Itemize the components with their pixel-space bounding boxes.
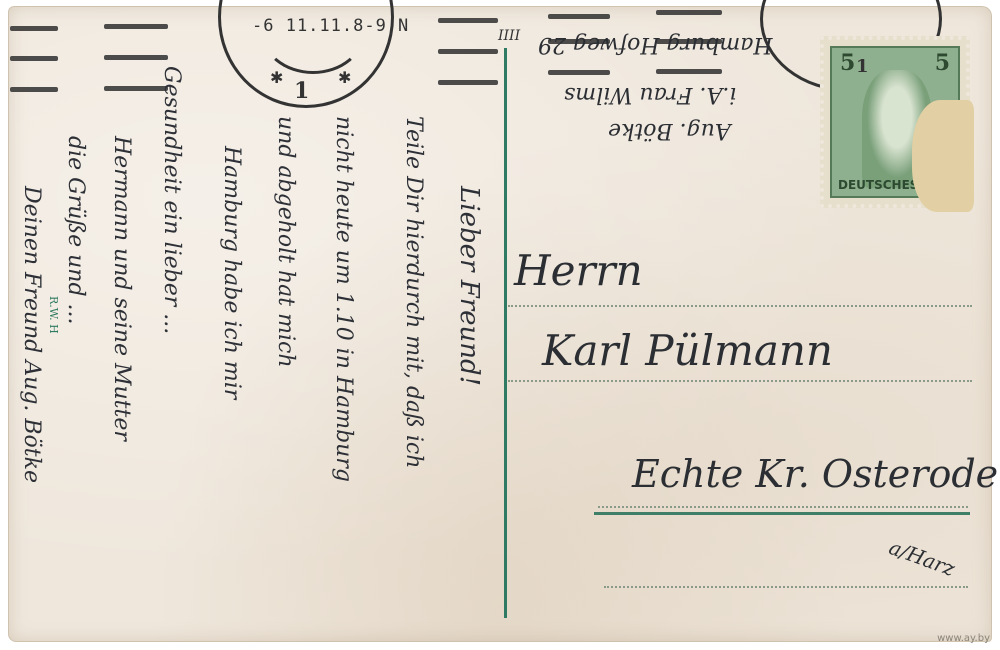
message-line: Gesundheit ein lieber ... (159, 66, 184, 334)
address-line (508, 380, 972, 382)
address-town: Echte Kr. Osterode (632, 452, 998, 496)
sender-note-line: Hamburg Hofweg 29 (538, 32, 773, 57)
message-line: Hamburg habe ich mir (219, 146, 244, 399)
stamp-torn-area (912, 100, 974, 212)
small-stamp-mark: R.W. H (47, 296, 60, 334)
message-line: Hermann und seine Mutter (109, 136, 134, 441)
cancel-bar (10, 87, 58, 92)
cancel-bar (104, 55, 168, 60)
stamp-denomination: 5 (840, 50, 855, 76)
postage-stamp: 5 5 DEUTSCHES (820, 36, 970, 208)
watermark: www.ay.by (937, 633, 990, 644)
address-line (598, 506, 968, 508)
star-icon: ✱ (338, 68, 351, 87)
cancel-bar (656, 10, 722, 15)
stamp-cancel-number: 1 (856, 56, 869, 77)
cancel-bar (656, 69, 722, 74)
star-icon: ✱ (270, 68, 283, 87)
postmark-office-number: 1 (294, 78, 309, 104)
sender-note-line: Aug. Bötke (608, 118, 731, 143)
cancel-bar (10, 26, 58, 31)
tally-marks: IIII (498, 28, 520, 44)
cancel-bar (438, 49, 498, 54)
cancel-bar (548, 70, 610, 75)
address-name: Karl Pülmann (542, 326, 833, 375)
stamp-denomination: 5 (935, 50, 950, 76)
cancel-bar (104, 24, 168, 29)
postcard: -6 11.11.8-9 N 1 ✱ ✱ 5 5 DEUTSCHES 1 III… (8, 6, 992, 642)
cancel-bar (438, 18, 498, 23)
cancel-bar (438, 80, 498, 85)
address-salutation: Herrn (514, 246, 643, 295)
message-line: Teile Dir hierdurch mit, daß ich (401, 116, 426, 468)
sender-note-line: i.A. Frau Wilms (564, 82, 736, 107)
message-line: und abgeholt hat mich (273, 116, 298, 368)
address-line (604, 586, 968, 588)
card-divider-line (504, 48, 507, 618)
message-line: nicht heute um 1.10 in Hamburg (331, 116, 356, 482)
message-line: Deinen Freund Aug. Bötke (19, 186, 44, 483)
address-line-solid (594, 512, 970, 515)
cancel-bar (10, 56, 58, 61)
stamp-country-label: DEUTSCHES (838, 178, 918, 192)
cancel-bar (548, 14, 610, 19)
address-region: a/Harz (886, 535, 958, 581)
address-line (508, 305, 972, 307)
postmark-date: -6 11.11.8-9 N (252, 16, 409, 36)
message-line: die Grüße und ... (63, 136, 88, 325)
message-line: Lieber Freund! (454, 186, 484, 386)
